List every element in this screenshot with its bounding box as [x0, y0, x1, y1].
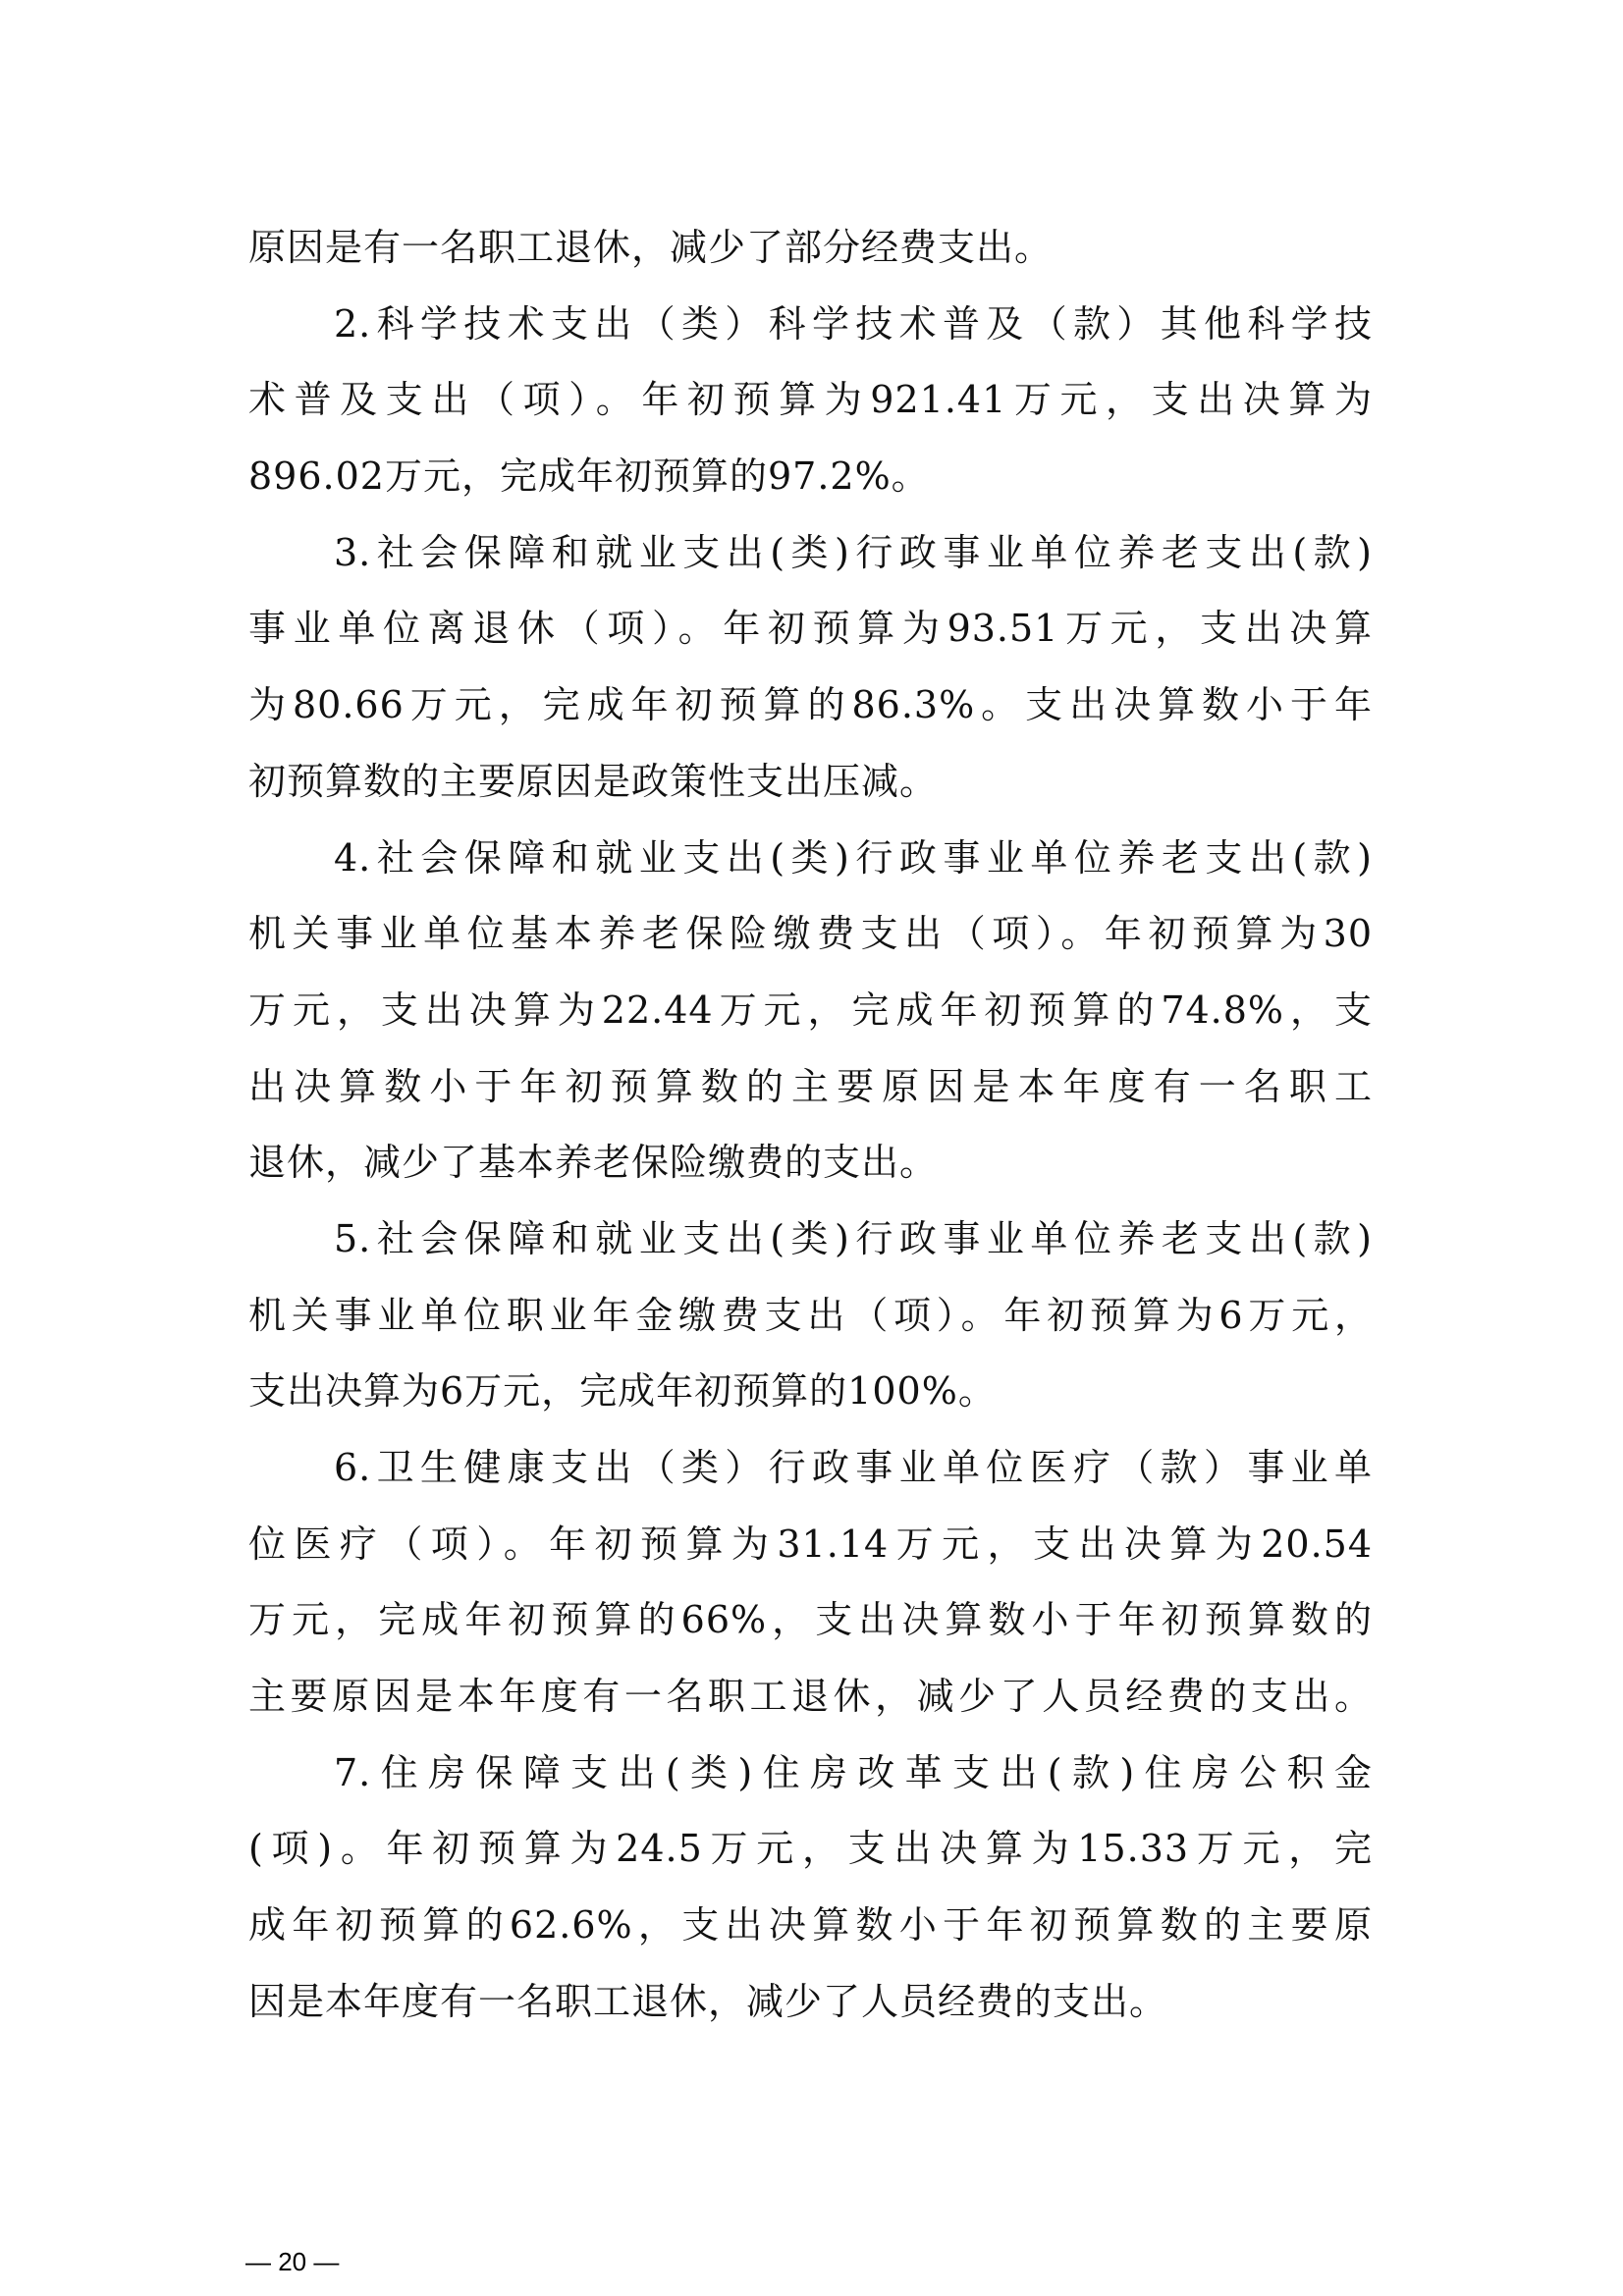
body-text: 原因是有一名职工退休，减少了部分经费支出。 2.科学技术支出（类）科学技术普及（…: [248, 220, 1373, 2051]
paragraph-annuity-heading-line: 5.社会保障和就业支出(类)行政事业单位养老支出(款): [248, 1211, 1373, 1288]
paragraph-science-tech-line: 896.02万元，完成年初预算的97.2%。: [248, 449, 1373, 525]
page-number: — 20 —: [245, 2245, 339, 2278]
paragraph-medical-heading-line: 6.卫生健康支出（类）行政事业单位医疗（款）事业单: [248, 1440, 1373, 1517]
paragraph-retirement-line: 为80.66万元，完成年初预算的86.3%。支出决算数小于年: [248, 677, 1373, 754]
paragraph-continuation-line: 原因是有一名职工退休，减少了部分经费支出。: [248, 220, 1373, 296]
paragraph-retirement-line: 初预算数的主要原因是政策性支出压减。: [248, 754, 1373, 830]
paragraph-housing-fund-line: 因是本年度有一名职工退休，减少了人员经费的支出。: [248, 1974, 1373, 2051]
paragraph-medical-line: 主要原因是本年度有一名职工退休，减少了人员经费的支出。: [248, 1669, 1373, 1745]
document-page: 原因是有一名职工退休，减少了部分经费支出。 2.科学技术支出（类）科学技术普及（…: [0, 0, 1623, 2296]
paragraph-medical-line: 万元，完成年初预算的66%，支出决算数小于年初预算数的: [248, 1592, 1373, 1669]
paragraph-housing-fund-heading-line: 7.住房保障支出(类)住房改革支出(款)住房公积金: [248, 1745, 1373, 1822]
paragraph-housing-fund-line: (项)。年初预算为24.5万元，支出决算为15.33万元，完: [248, 1821, 1373, 1897]
paragraph-basic-pension-line: 退休，减少了基本养老保险缴费的支出。: [248, 1135, 1373, 1211]
paragraph-housing-fund-line: 成年初预算的62.6%，支出决算数小于年初预算数的主要原: [248, 1897, 1373, 1974]
paragraph-basic-pension-heading-line: 4.社会保障和就业支出(类)行政事业单位养老支出(款): [248, 830, 1373, 907]
paragraph-annuity-line: 支出决算为6万元，完成年初预算的100%。: [248, 1363, 1373, 1440]
paragraph-science-tech-heading-line: 2.科学技术支出（类）科学技术普及（款）其他科学技: [248, 296, 1373, 373]
paragraph-basic-pension-line: 出决算数小于年初预算数的主要原因是本年度有一名职工: [248, 1059, 1373, 1136]
paragraph-retirement-line: 事业单位离退休（项）。年初预算为93.51万元，支出决算: [248, 601, 1373, 677]
paragraph-retirement-heading-line: 3.社会保障和就业支出(类)行政事业单位养老支出(款): [248, 525, 1373, 602]
paragraph-basic-pension-line: 机关事业单位基本养老保险缴费支出（项）。年初预算为30: [248, 906, 1373, 983]
paragraph-science-tech-line: 术普及支出（项）。年初预算为921.41万元，支出决算为: [248, 372, 1373, 449]
paragraph-annuity-line: 机关事业单位职业年金缴费支出（项）。年初预算为6万元，: [248, 1288, 1373, 1364]
paragraph-medical-line: 位医疗（项）。年初预算为31.14万元，支出决算为20.54: [248, 1517, 1373, 1593]
paragraph-basic-pension-line: 万元，支出决算为22.44万元，完成年初预算的74.8%，支: [248, 983, 1373, 1059]
